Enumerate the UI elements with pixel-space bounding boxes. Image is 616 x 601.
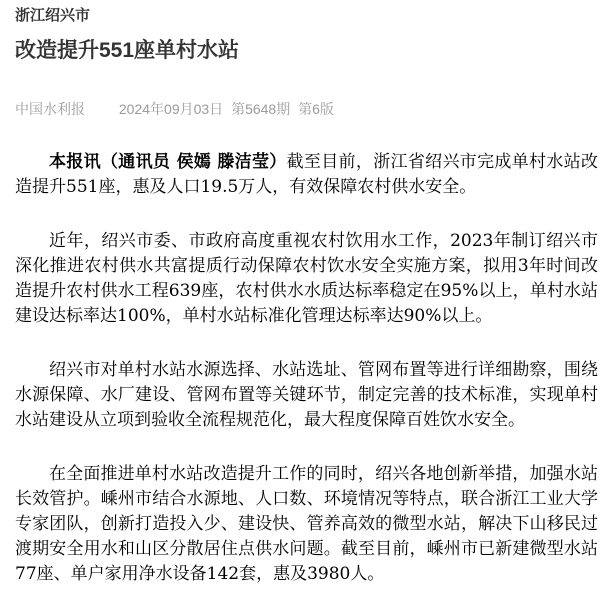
edition-number: 第6版 (298, 101, 334, 117)
article-supertitle: 浙江绍兴市 (15, 6, 598, 26)
article-title: 改造提升551座单村水站 (15, 38, 598, 64)
article-body: 本报讯（通讯员 侯嫣 滕洁莹）截至目前，浙江省绍兴市完成单村水站改造提升551座… (15, 150, 598, 587)
article-paragraph-lead: 本报讯（通讯员 侯嫣 滕洁莹）截至目前，浙江省绍兴市完成单村水站改造提升551座… (15, 150, 598, 200)
article-paragraph: 近年，绍兴市委、市政府高度重视农村饮用水工作，2023年制订绍兴市深化推进农村供… (15, 229, 598, 329)
lead-byline: 本报讯（通讯员 侯嫣 滕洁莹） (49, 152, 287, 172)
source-name: 中国水利报 (15, 101, 85, 117)
publish-date: 2024年09月03日 (119, 101, 223, 117)
article-meta: 中国水利报 2024年09月03日 第5648期 第6版 (15, 100, 598, 118)
issue-number: 第5648期 (231, 101, 290, 117)
article-paragraph: 在全面推进单村水站改造提升工作的同时，绍兴各地创新举措，加强水站长效管护。嵊州市… (15, 462, 598, 587)
article-paragraph: 绍兴市对单村水站水源选择、水站选址、管网布置等进行详细勘察，围绕水源保障、水厂建… (15, 358, 598, 433)
article-page: 浙江绍兴市 改造提升551座单村水站 中国水利报 2024年09月03日 第56… (0, 0, 616, 601)
